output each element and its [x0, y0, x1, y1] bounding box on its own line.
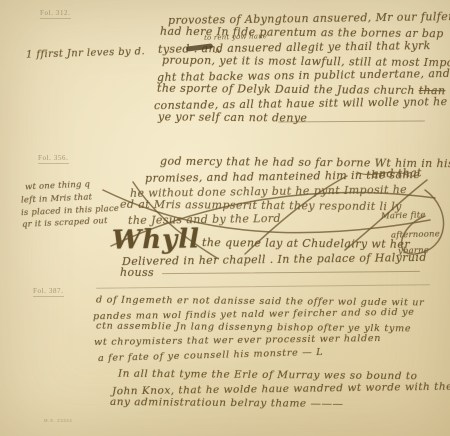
rule-line [96, 284, 430, 288]
handwriting-line-text: the sporte of Delyk Dauid the Judas chur… [157, 82, 415, 97]
handwriting-line: John Knox, that he wolde haue wandred wt… [112, 381, 450, 398]
margin-note-folio1: 1 ffirst Jnr leves by d. [26, 46, 145, 60]
folio-label-356: Fol. 356. [38, 154, 69, 164]
handwriting-line: had here In fide parentum as the bornes … [160, 25, 444, 40]
margin-note-line: wt one thing q [25, 180, 91, 193]
handwriting-line: constande, as all that haue sitt will wo… [154, 95, 450, 112]
rule-line [278, 120, 425, 122]
big-word: Whyll [112, 224, 200, 255]
handwriting-line: pandes man wol findis yet nald wer feirc… [93, 307, 415, 322]
folio-label-387: Fol. 387. [33, 287, 64, 297]
handwriting-line: In all that tyme the Erle of Murray wes … [118, 368, 418, 383]
handwriting-line: any administratioun belray thame ——— [110, 396, 344, 410]
handwriting-line: houss [120, 266, 154, 279]
handwriting-line: the quene lay at Chudelairy wt her [202, 236, 410, 251]
margin-note-line: left in Mris that [21, 192, 93, 205]
rule-line [162, 271, 420, 274]
handwriting-line: ye yor self can not denye [158, 110, 307, 124]
handwriting-line: a fer fate of ye counsell his monstre — … [98, 347, 324, 364]
interlinear-insertion: to rent yow haue [204, 32, 267, 42]
handwriting-line: wt chroymisters that wer ever processit … [94, 333, 381, 348]
manuscript-page: Fol. 312. 1 ffirst Jnr leves by d. provo… [0, 0, 450, 436]
caret-mark: ʌ [215, 46, 220, 56]
folio-label-312: Fol. 312. [40, 9, 71, 19]
caption-text: M.S. 23342 [44, 419, 72, 423]
